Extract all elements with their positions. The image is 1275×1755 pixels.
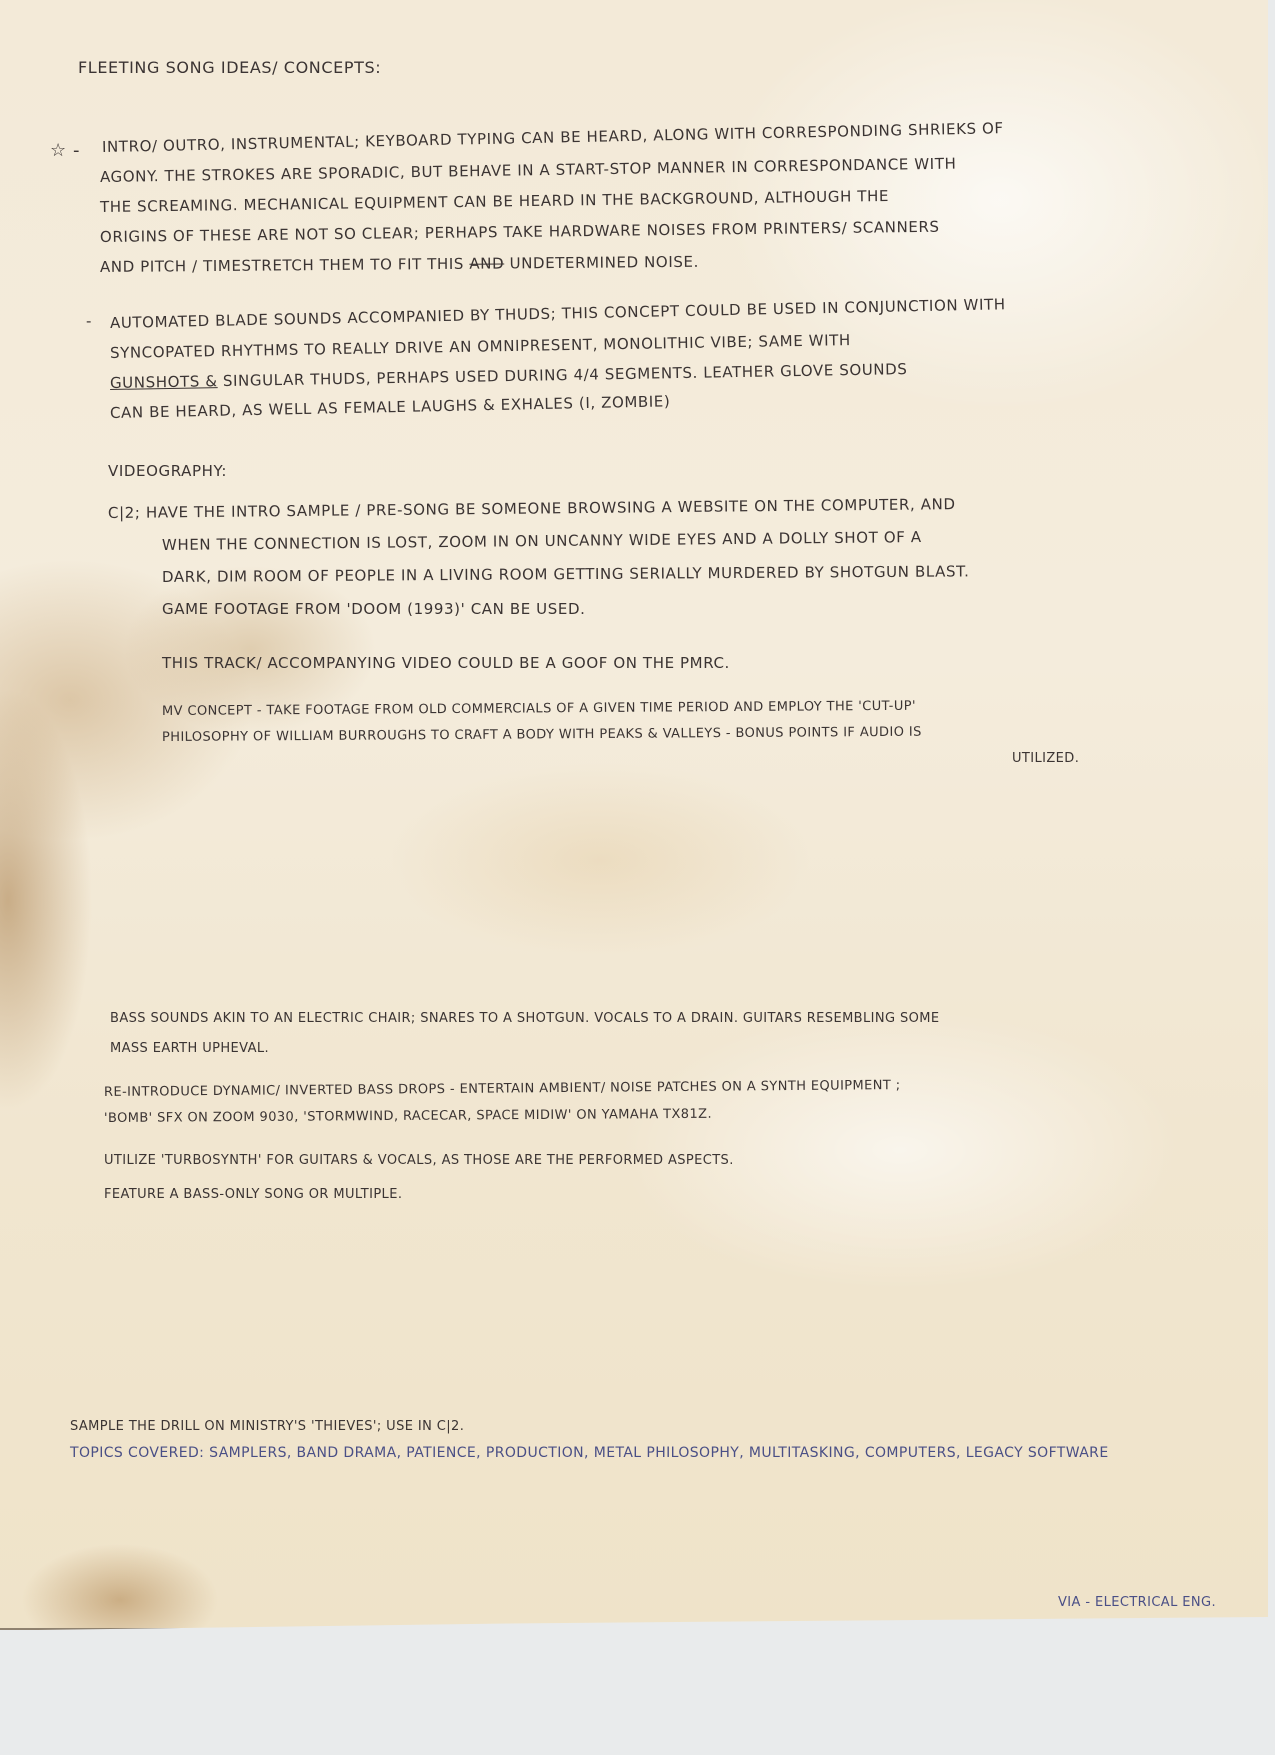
topics-covered: TOPICS COVERED: SAMPLERS, BAND DRAMA, PA… (70, 1446, 1109, 1460)
pmrc-note: THIS TRACK/ ACCOMPANYING VIDEO COULD BE … (162, 656, 730, 671)
blades-line-3: GUNSHOTS & SINGULAR THUDS, PERHAPS USED … (110, 362, 908, 391)
bass-drops-line-1: RE-INTRODUCE DYNAMIC/ INVERTED BASS DROP… (104, 1079, 901, 1099)
blades-line-3-text: SINGULAR THUDS, PERHAPS USED DURING 4/4 … (223, 360, 908, 390)
mv-concept-line-3: UTILIZED. (1012, 752, 1079, 765)
dash-marker: - (86, 314, 92, 329)
bass-drops-line-2: 'BOMB' SFX ON ZOOM 9030, 'STORMWIND, RAC… (104, 1108, 712, 1125)
page-title: FLEETING SONG IDEAS/ CONCEPTS: (78, 60, 381, 76)
video-line-4: GAME FOOTAGE FROM 'DOOM (1993)' CAN BE U… (162, 602, 585, 617)
intro-line-3: THE SCREAMING. MECHANICAL EQUIPMENT CAN … (100, 189, 889, 215)
intro-line-5-text: AND PITCH / TIMESTRETCH THEM TO FIT THIS (100, 255, 464, 276)
intro-line-4: ORIGINS OF THESE ARE NOT SO CLEAR; PERHA… (100, 220, 940, 245)
scanned-paper-sheet: FLEETING SONG IDEAS/ CONCEPTS: ☆ - INTRO… (0, 0, 1268, 1630)
sample-note: SAMPLE THE DRILL ON MINISTRY'S 'THIEVES'… (70, 1420, 464, 1433)
turbosynth-line: UTILIZE 'TURBOSYNTH' FOR GUITARS & VOCAL… (104, 1154, 734, 1167)
signature: VIA - ELECTRICAL ENG. (1058, 1596, 1216, 1609)
video-line-1: C|2; HAVE THE INTRO SAMPLE / PRE-SONG BE… (108, 497, 956, 521)
intro-line-1: INTRO/ OUTRO, INSTRUMENTAL; KEYBOARD TYP… (102, 121, 1004, 155)
intro-line-5: AND PITCH / TIMESTRETCH THEM TO FIT THIS… (100, 255, 699, 275)
underlined-gunshots: GUNSHOTS & (110, 372, 218, 392)
blades-line-4: CAN BE HEARD, AS WELL AS FEMALE LAUGHS &… (110, 394, 671, 421)
sound-line-1: BASS SOUNDS AKIN TO AN ELECTRIC CHAIR; S… (110, 1012, 940, 1025)
video-line-3: DARK, DIM ROOM OF PEOPLE IN A LIVING ROO… (162, 564, 970, 585)
intro-line-5-end: UNDETERMINED NOISE. (510, 253, 699, 273)
mv-concept-line-1: MV CONCEPT - TAKE FOOTAGE FROM OLD COMME… (162, 700, 916, 718)
intro-line-2: AGONY. THE STROKES ARE SPORADIC, BUT BEH… (100, 157, 957, 185)
blades-line-1: AUTOMATED BLADE SOUNDS ACCOMPANIED BY TH… (110, 297, 1006, 331)
star-icon: ☆ - (50, 142, 80, 160)
videography-heading: VIDEOGRAPHY: (108, 464, 227, 479)
video-line-2: WHEN THE CONNECTION IS LOST, ZOOM IN ON … (162, 530, 922, 553)
struck-word: AND (469, 254, 504, 272)
mv-concept-line-2: PHILOSOPHY OF WILLIAM BURROUGHS TO CRAFT… (162, 726, 922, 744)
blades-line-2: SYNCOPATED RHYTHMS TO REALLY DRIVE AN OM… (110, 333, 851, 361)
sound-line-2: MASS EARTH UPHEVAL. (110, 1042, 269, 1055)
bass-only-line: FEATURE A BASS-ONLY SONG OR MULTIPLE. (104, 1188, 402, 1201)
